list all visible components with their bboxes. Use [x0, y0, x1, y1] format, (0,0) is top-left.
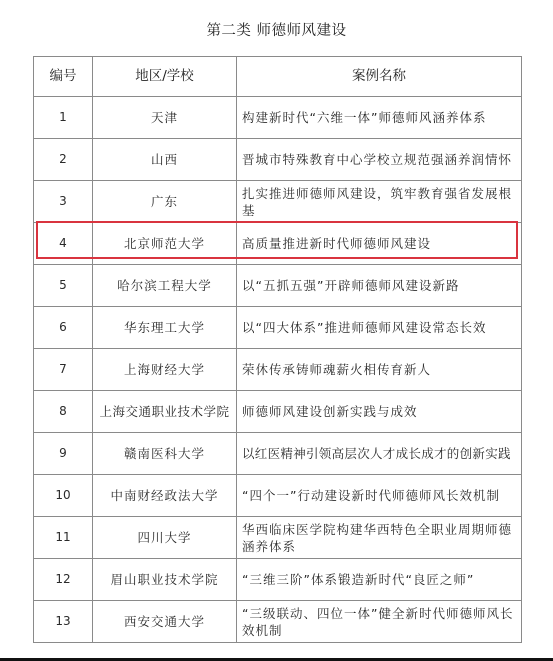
- row-school: 西安交通大学: [93, 601, 237, 643]
- row-case: 以红医精神引领高层次人才成长成才的创新实践: [237, 433, 522, 475]
- table-row: 8 上海交通职业技术学院 师德师风建设创新实践与成效: [34, 391, 522, 433]
- row-number: 8: [34, 391, 93, 433]
- table-row: 13 西安交通大学 “三级联动、四位一体”健全新时代师德师风长效机制: [34, 601, 522, 643]
- table-row: 12 眉山职业技术学院 “三维三阶”体系锻造新时代“良匠之师”: [34, 559, 522, 601]
- row-case: 以“五抓五强”开辟师德师风建设新路: [237, 265, 522, 307]
- row-number: 3: [34, 181, 93, 223]
- row-number: 12: [34, 559, 93, 601]
- table-row: 10 中南财经政法大学 “四个一”行动建设新时代师德师风长效机制: [34, 475, 522, 517]
- row-school: 中南财经政法大学: [93, 475, 237, 517]
- row-school: 天津: [93, 97, 237, 139]
- row-school: 哈尔滨工程大学: [93, 265, 237, 307]
- row-case: 以“四大体系”推进师德师风建设常态长效: [237, 307, 522, 349]
- row-number: 1: [34, 97, 93, 139]
- row-case: 晋城市特殊教育中心学校立规范强涵养润情怀: [237, 139, 522, 181]
- table-row: 9 赣南医科大学 以红医精神引领高层次人才成长成才的创新实践: [34, 433, 522, 475]
- table-row-highlighted: 4 北京师范大学 高质量推进新时代师德师风建设: [34, 223, 522, 265]
- header-case-name: 案例名称: [237, 57, 522, 97]
- row-number: 11: [34, 517, 93, 559]
- table-row: 5 哈尔滨工程大学 以“五抓五强”开辟师德师风建设新路: [34, 265, 522, 307]
- row-case: 构建新时代“六维一体”师德师风涵养体系: [237, 97, 522, 139]
- row-school: 山西: [93, 139, 237, 181]
- table-row: 6 华东理工大学 以“四大体系”推进师德师风建设常态长效: [34, 307, 522, 349]
- row-case: “四个一”行动建设新时代师德师风长效机制: [237, 475, 522, 517]
- row-number: 5: [34, 265, 93, 307]
- row-case: 荣休传承铸师魂薪火相传育新人: [237, 349, 522, 391]
- table-row: 3 广东 扎实推进师德师风建设，筑牢教育强省发展根基: [34, 181, 522, 223]
- row-number: 7: [34, 349, 93, 391]
- row-school: 上海交通职业技术学院: [93, 391, 237, 433]
- row-case: “三级联动、四位一体”健全新时代师德师风长效机制: [237, 601, 522, 643]
- page-title: 第二类 师德师风建设: [0, 19, 553, 40]
- row-school: 眉山职业技术学院: [93, 559, 237, 601]
- row-case: 华西临床医学院构建华西特色全职业周期师德涵养体系: [237, 517, 522, 559]
- table-row: 7 上海财经大学 荣休传承铸师魂薪火相传育新人: [34, 349, 522, 391]
- row-school: 华东理工大学: [93, 307, 237, 349]
- row-case: “三维三阶”体系锻造新时代“良匠之师”: [237, 559, 522, 601]
- row-case: 扎实推进师德师风建设，筑牢教育强省发展根基: [237, 181, 522, 223]
- table-row: 2 山西 晋城市特殊教育中心学校立规范强涵养润情怀: [34, 139, 522, 181]
- row-case: 师德师风建设创新实践与成效: [237, 391, 522, 433]
- table-row: 1 天津 构建新时代“六维一体”师德师风涵养体系: [34, 97, 522, 139]
- row-school: 北京师范大学: [93, 223, 237, 265]
- row-number: 13: [34, 601, 93, 643]
- row-number: 4: [34, 223, 93, 265]
- row-case: 高质量推进新时代师德师风建设: [237, 223, 522, 265]
- row-school: 广东: [93, 181, 237, 223]
- row-school: 上海财经大学: [93, 349, 237, 391]
- row-number: 9: [34, 433, 93, 475]
- row-number: 10: [34, 475, 93, 517]
- row-number: 6: [34, 307, 93, 349]
- row-school: 赣南医科大学: [93, 433, 237, 475]
- row-number: 2: [34, 139, 93, 181]
- table-header-row: 编号 地区/学校 案例名称: [34, 57, 522, 97]
- header-region-school: 地区/学校: [93, 57, 237, 97]
- row-school: 四川大学: [93, 517, 237, 559]
- table-row: 11 四川大学 华西临床医学院构建华西特色全职业周期师德涵养体系: [34, 517, 522, 559]
- case-table: 编号 地区/学校 案例名称 1 天津 构建新时代“六维一体”师德师风涵养体系 2…: [33, 56, 522, 643]
- header-number: 编号: [34, 57, 93, 97]
